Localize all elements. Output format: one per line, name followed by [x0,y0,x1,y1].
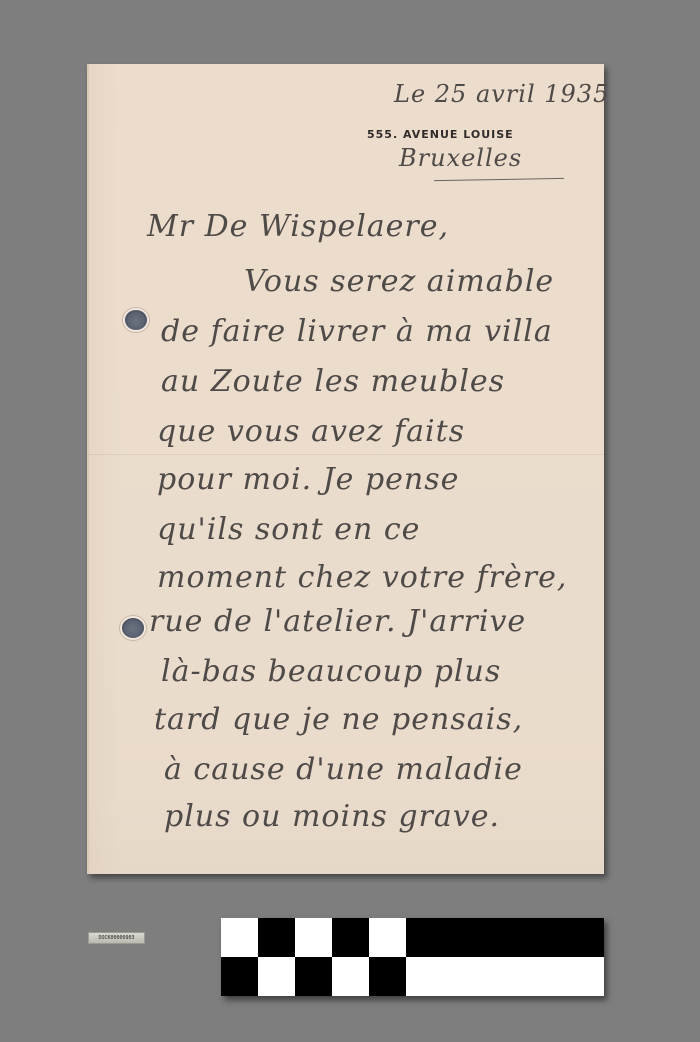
scale-cell [295,918,332,957]
letter-city: Bruxelles [399,144,522,172]
letter-line-3: au Zoute les meubles [161,364,505,399]
letter-line-10: tard que je ne pensais, [154,702,523,737]
letter-line-1: Vous serez aimable [244,264,554,299]
city-underline [434,178,564,181]
scale-cell [332,957,369,996]
scale-cell [406,957,604,996]
punch-hole-bottom [122,618,144,638]
letter-line-4: que vous avez faits [157,414,465,449]
salutation: Mr De Wispelaere, [147,209,449,244]
punch-hole-top [125,310,147,330]
letter-line-9: là-bas beaucoup plus [161,654,501,689]
letter-line-12: plus ou moins grave. [164,799,500,834]
archive-id-label: DOCK00000903 [88,932,145,944]
letter-line-5: pour moi. Je pense [157,462,459,497]
scale-cell [406,918,604,957]
letter-line-7: moment chez votre frère, [157,560,567,595]
letter-line-2: de faire livrer à ma villa [161,314,553,349]
scale-cell [332,918,369,957]
scale-cell [258,918,295,957]
scale-cell [369,918,406,957]
letter-line-8: rue de l'atelier. J'arrive [149,604,526,639]
scale-bar [221,918,604,996]
scale-cell [221,957,258,996]
scale-cell [295,957,332,996]
letter-date: Le 25 avril 1935 [394,80,609,108]
letterhead-address: 555. AVENUE LOUISE [367,128,514,141]
letter-line-6: qu'ils sont en ce [157,512,420,547]
scale-cell [221,918,258,957]
scale-cell [369,957,406,996]
paper-fold-line [89,454,604,455]
letter-line-11: à cause d'une maladie [164,752,523,787]
handwritten-letter: Le 25 avril 1935 555. AVENUE LOUISE Brux… [87,64,604,874]
scale-cell [258,957,295,996]
